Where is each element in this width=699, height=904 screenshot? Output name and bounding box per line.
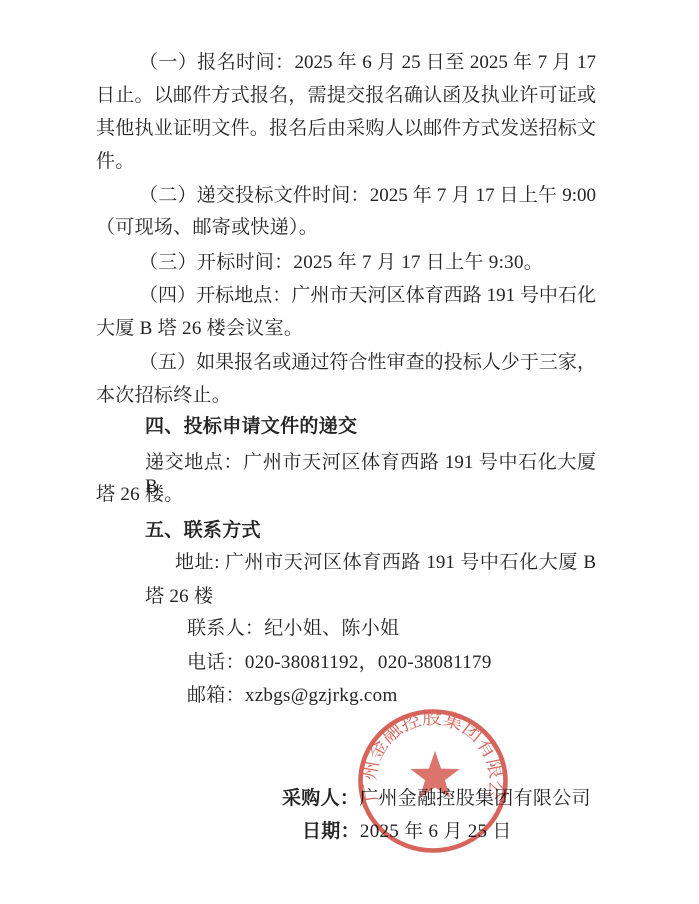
contact-phone-line: 电话：020-38081192，020-38081179 — [187, 651, 492, 675]
para-termination-line-2: 本次招标终止。 — [96, 384, 231, 408]
para-open-place-line-1: （四）开标地点：广州市天河区体育西路 191 号中石化 — [139, 284, 596, 308]
document-page: （一）报名时间：2025 年 6 月 25 日至 2025 年 7 月 17日止… — [0, 0, 699, 904]
contact-person-line: 联系人：纪小姐、陈小姐 — [187, 617, 399, 641]
para-signup-time-line-3: 其他执业证明文件。报名后由采购人以邮件方式发送招标文 — [96, 117, 596, 141]
contact-address-line-1: 地址: 广州市天河区体育西路 191 号中石化大厦 B — [175, 551, 596, 575]
date-line-label: 日期： — [302, 821, 360, 842]
para-signup-time-line-4: 件。 — [96, 150, 135, 174]
contact-address-line-2: 塔 26 楼 — [145, 585, 213, 609]
purchaser-line: 采购人：广州金融控股集团有限公司 — [282, 787, 591, 811]
contact-email-line: 邮箱：xzbgs@gzjrkg.com — [187, 684, 398, 708]
date-line: 日期：2025 年 6 月 25 日 — [302, 820, 512, 844]
para-open-place-line-2: 大厦 B 塔 26 楼会议室。 — [96, 317, 303, 341]
para-open-time-line-1: （三）开标时间：2025 年 7 月 17 日上午 9:30。 — [139, 251, 543, 275]
para-delivery-line-2: 塔 26 楼。 — [96, 483, 184, 507]
heading-section-5: 五、联系方式 — [145, 519, 261, 543]
para-submit-time-line-1: （二）递交投标文件时间：2025 年 7 月 17 日上午 9:00 — [139, 184, 596, 208]
purchaser-line-value: 广州金融控股集团有限公司 — [359, 788, 591, 809]
para-delivery-line-1: 递交地点：广州市天河区体育西路 191 号中石化大厦 B — [145, 451, 596, 475]
para-signup-time-line-2: 日止。以邮件方式报名，需提交报名确认函及执业许可证或 — [96, 84, 596, 108]
para-signup-time-line-1: （一）报名时间：2025 年 6 月 25 日至 2025 年 7 月 17 — [139, 51, 596, 75]
date-line-value: 2025 年 6 月 25 日 — [360, 821, 512, 842]
heading-section-4: 四、投标申请文件的递交 — [145, 415, 357, 439]
para-termination-line-1: （五）如果报名或通过符合性审查的投标人少于三家， — [139, 351, 596, 375]
purchaser-line-label: 采购人： — [282, 788, 359, 809]
para-submit-time-line-2: （可现场、邮寄或快递）。 — [96, 216, 318, 240]
